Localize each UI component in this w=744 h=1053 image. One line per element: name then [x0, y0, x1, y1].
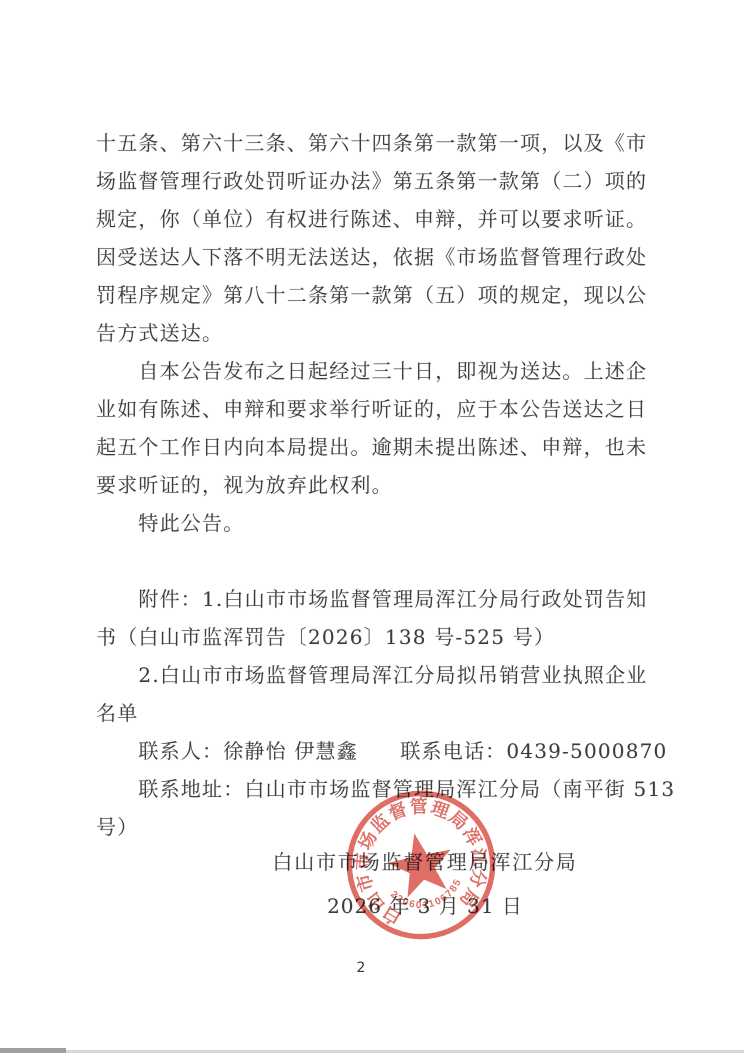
body-line: 因受送达人下落不明无法送达，依据《市场监督管理行政处 [96, 238, 656, 276]
scan-edge-artifact [0, 1048, 66, 1053]
attachment-line: 书（白山市监浑罚告〔2026〕138 号-525 号） [96, 618, 656, 656]
body-line: 十五条、第六十三条、第六十四条第一款第一项，以及《市 [96, 124, 656, 162]
contact-person-line: 联系人：徐静怡 伊慧鑫 联系电话：0439-5000870 [96, 732, 656, 770]
official-seal: 白山市市场监督管理局浑江分局 220601106785 [330, 774, 513, 957]
body-line: 告方式送达。 [96, 314, 656, 352]
page-number: 2 [0, 960, 733, 976]
blank-line [96, 542, 656, 580]
body-line: 自本公告发布之日起经过三十日，即视为送达。上述企 [96, 352, 656, 390]
document-page: 十五条、第六十三条、第六十四条第一款第一项，以及《市 场监督管理行政处罚听证办法… [0, 0, 744, 1053]
attachment-line: 附件：1.白山市市场监督管理局浑江分局行政处罚告知 [96, 580, 656, 618]
body-line: 罚程序规定》第八十二条第一款第（五）项的规定，现以公 [96, 276, 656, 314]
body-line: 规定，你（单位）有权进行陈述、申辩，并可以要求听证。 [96, 200, 656, 238]
body-line: 场监督管理行政处罚听证办法》第五条第一款第（二）项的 [96, 162, 656, 200]
attachment-line: 名单 [96, 694, 656, 732]
attachment-line: 2.白山市市场监督管理局浑江分局拟吊销营业执照企业 [96, 656, 656, 694]
body-line: 要求听证的，视为放弃此权利。 [96, 466, 656, 504]
body-line: 起五个工作日内向本局提出。逾期未提出陈述、申辩，也未 [96, 428, 656, 466]
notice-body: 十五条、第六十三条、第六十四条第一款第一项，以及《市 场监督管理行政处罚听证办法… [96, 124, 656, 846]
body-line: 业如有陈述、申辩和要求举行听证的，应于本公告送达之日 [96, 390, 656, 428]
body-line: 特此公告。 [96, 504, 656, 542]
